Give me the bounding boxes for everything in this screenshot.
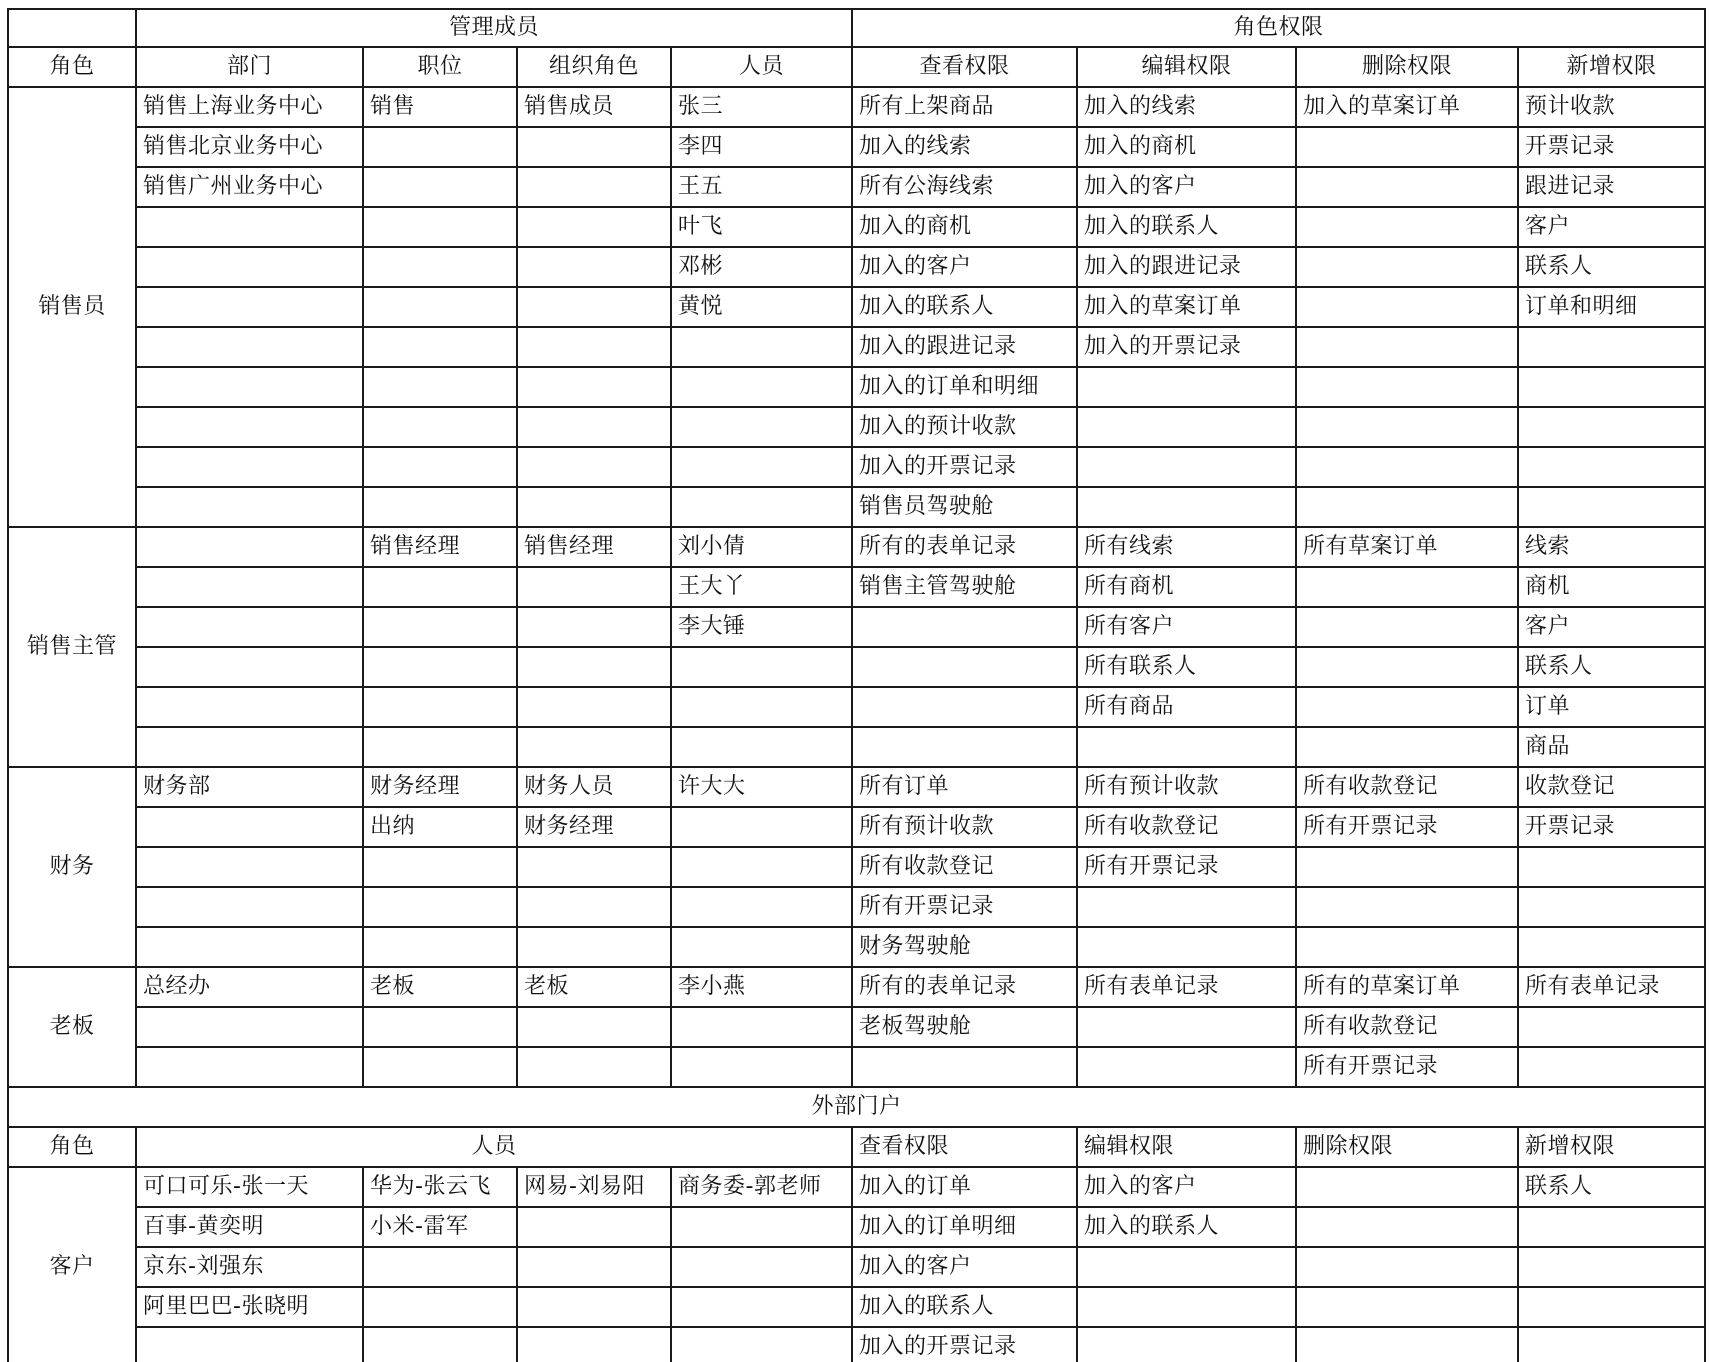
table-row: 所有收款登记所有开票记录: [8, 847, 1705, 887]
cell-personnel: [671, 807, 852, 847]
external-portal-header: 外部门户: [8, 1087, 1705, 1127]
cell-org-role: [517, 407, 671, 447]
cell-personnel: 李四: [671, 127, 852, 167]
role-name-cell: 老板: [8, 967, 136, 1087]
cell-personnel: [671, 647, 852, 687]
cell-department: [136, 567, 363, 607]
cell-view: 加入的商机: [852, 207, 1077, 247]
col-delete: 删除权限: [1296, 47, 1518, 87]
table-row: 邓彬加入的客户加入的跟进记录联系人: [8, 247, 1705, 287]
ext-col-add: 新增权限: [1518, 1127, 1705, 1167]
cell-edit: [1077, 367, 1296, 407]
cell-customer-2: 小米-雷军: [363, 1207, 517, 1247]
cell-org-role: [517, 327, 671, 367]
cell-org-role: 财务经理: [517, 807, 671, 847]
cell-add: 客户: [1518, 607, 1705, 647]
cell-org-role: [517, 567, 671, 607]
cell-add: [1518, 407, 1705, 447]
cell-edit: 加入的线索: [1077, 87, 1296, 127]
cell-customer-3: [517, 1287, 671, 1327]
cell-org-role: [517, 607, 671, 647]
cell-edit: 加入的商机: [1077, 127, 1296, 167]
cell-view: 所有预计收款: [852, 807, 1077, 847]
cell-delete: [1296, 1247, 1518, 1287]
cell-department: [136, 807, 363, 847]
cell-position: [363, 687, 517, 727]
cell-department: [136, 407, 363, 447]
cell-position: 销售经理: [363, 527, 517, 567]
cell-customer-4: 商务委-郭老师: [671, 1167, 852, 1207]
cell-customer-1: 阿里巴巴-张晓明: [136, 1287, 363, 1327]
cell-view: 所有上架商品: [852, 87, 1077, 127]
cell-edit: 所有表单记录: [1077, 967, 1296, 1007]
cell-edit: 所有线索: [1077, 527, 1296, 567]
cell-position: [363, 327, 517, 367]
cell-position: [363, 647, 517, 687]
cell-edit: [1077, 1287, 1296, 1327]
table-row: 所有开票记录: [8, 1047, 1705, 1087]
management-members-header: 管理成员: [136, 9, 852, 47]
cell-add: 所有表单记录: [1518, 967, 1705, 1007]
col-role: 角色: [8, 47, 136, 87]
col-position: 职位: [363, 47, 517, 87]
cell-position: [363, 927, 517, 967]
cell-view: 加入的客户: [852, 1247, 1077, 1287]
cell-edit: 所有客户: [1077, 607, 1296, 647]
table-row: 李大锤所有客户客户: [8, 607, 1705, 647]
cell-org-role: [517, 287, 671, 327]
cell-position: 销售: [363, 87, 517, 127]
cell-org-role: [517, 927, 671, 967]
cell-delete: 加入的草案订单: [1296, 87, 1518, 127]
cell-delete: [1296, 1167, 1518, 1207]
cell-view: [852, 607, 1077, 647]
cell-add: 联系人: [1518, 1167, 1705, 1207]
cell-department: [136, 1007, 363, 1047]
cell-view: 所有开票记录: [852, 887, 1077, 927]
cell-org-role: 财务人员: [517, 767, 671, 807]
cell-department: [136, 527, 363, 567]
cell-delete: [1296, 887, 1518, 927]
cell-edit: [1077, 447, 1296, 487]
cell-edit: [1077, 1247, 1296, 1287]
cell-personnel: [671, 487, 852, 527]
cell-department: [136, 247, 363, 287]
cell-delete: [1296, 127, 1518, 167]
cell-delete: 所有收款登记: [1296, 767, 1518, 807]
cell-add: 开票记录: [1518, 807, 1705, 847]
cell-customer-1: 百事-黄奕明: [136, 1207, 363, 1247]
cell-department: [136, 687, 363, 727]
cell-delete: [1296, 847, 1518, 887]
table-row: 加入的开票记录: [8, 447, 1705, 487]
cell-delete: [1296, 1287, 1518, 1327]
cell-view: 加入的开票记录: [852, 447, 1077, 487]
cell-personnel: [671, 847, 852, 887]
cell-personnel: [671, 367, 852, 407]
cell-edit: [1077, 927, 1296, 967]
cell-edit: 加入的联系人: [1077, 207, 1296, 247]
cell-department: 财务部: [136, 767, 363, 807]
role-name-cell: 客户: [8, 1167, 136, 1362]
cell-position: [363, 1007, 517, 1047]
cell-personnel: [671, 727, 852, 767]
table-row: 百事-黄奕明小米-雷军加入的订单明细加入的联系人: [8, 1207, 1705, 1247]
cell-add: 商机: [1518, 567, 1705, 607]
cell-department: 总经办: [136, 967, 363, 1007]
cell-edit: [1077, 1047, 1296, 1087]
cell-view: [852, 687, 1077, 727]
cell-edit: 所有联系人: [1077, 647, 1296, 687]
cell-view: 加入的线索: [852, 127, 1077, 167]
cell-org-role: [517, 887, 671, 927]
table-row: 客户可口可乐-张一天华为-张云飞网易-刘易阳商务委-郭老师加入的订单加入的客户联…: [8, 1167, 1705, 1207]
cell-delete: [1296, 407, 1518, 447]
cell-department: [136, 847, 363, 887]
col-department: 部门: [136, 47, 363, 87]
cell-position: [363, 847, 517, 887]
table-row: 销售主管销售经理销售经理刘小倩所有的表单记录所有线索所有草案订单线索: [8, 527, 1705, 567]
table-row: 所有联系人联系人: [8, 647, 1705, 687]
cell-position: [363, 487, 517, 527]
cell-delete: 所有开票记录: [1296, 1047, 1518, 1087]
cell-edit: 加入的跟进记录: [1077, 247, 1296, 287]
cell-personnel: 王五: [671, 167, 852, 207]
table-row: 叶飞加入的商机加入的联系人客户: [8, 207, 1705, 247]
cell-add: [1518, 1327, 1705, 1362]
cell-org-role: 销售成员: [517, 87, 671, 127]
cell-org-role: [517, 647, 671, 687]
cell-department: 销售北京业务中心: [136, 127, 363, 167]
cell-department: [136, 647, 363, 687]
cell-view: 加入的客户: [852, 247, 1077, 287]
cell-personnel: [671, 327, 852, 367]
ext-col-delete: 删除权限: [1296, 1127, 1518, 1167]
table-row: 商品: [8, 727, 1705, 767]
cell-view: [852, 727, 1077, 767]
cell-personnel: [671, 687, 852, 727]
cell-add: [1518, 927, 1705, 967]
cell-personnel: 邓彬: [671, 247, 852, 287]
cell-delete: [1296, 207, 1518, 247]
table-row: 所有商品订单: [8, 687, 1705, 727]
cell-position: [363, 447, 517, 487]
cell-position: [363, 567, 517, 607]
cell-add: [1518, 367, 1705, 407]
external-section-row: 外部门户: [8, 1087, 1705, 1127]
cell-personnel: [671, 1047, 852, 1087]
cell-department: [136, 327, 363, 367]
cell-org-role: [517, 367, 671, 407]
cell-add: [1518, 1047, 1705, 1087]
cell-personnel: [671, 887, 852, 927]
cell-delete: [1296, 1207, 1518, 1247]
cell-delete: 所有的草案订单: [1296, 967, 1518, 1007]
cell-add: 商品: [1518, 727, 1705, 767]
cell-add: 订单: [1518, 687, 1705, 727]
table-row: 阿里巴巴-张晓明加入的联系人: [8, 1287, 1705, 1327]
cell-personnel: 叶飞: [671, 207, 852, 247]
cell-department: [136, 1047, 363, 1087]
cell-personnel: [671, 447, 852, 487]
cell-position: [363, 367, 517, 407]
cell-personnel: 黄悦: [671, 287, 852, 327]
table-row: 销售员驾驶舱: [8, 487, 1705, 527]
table-row: 财务财务部财务经理财务人员许大大所有订单所有预计收款所有收款登记收款登记: [8, 767, 1705, 807]
cell-add: [1518, 447, 1705, 487]
cell-org-role: [517, 847, 671, 887]
cell-org-role: 销售经理: [517, 527, 671, 567]
cell-delete: 所有收款登记: [1296, 1007, 1518, 1047]
cell-view: 所有公海线索: [852, 167, 1077, 207]
cell-delete: [1296, 1327, 1518, 1362]
cell-edit: [1077, 727, 1296, 767]
cell-position: [363, 607, 517, 647]
cell-personnel: [671, 407, 852, 447]
cell-delete: [1296, 927, 1518, 967]
cell-org-role: [517, 1007, 671, 1047]
cell-add: [1518, 1287, 1705, 1327]
cell-delete: [1296, 367, 1518, 407]
cell-delete: [1296, 327, 1518, 367]
permissions-table: 管理成员 角色权限 角色 部门 职位 组织角色 人员 查看权限 编辑权限 删除权…: [7, 8, 1706, 1362]
cell-add: 预计收款: [1518, 87, 1705, 127]
cell-view: 加入的开票记录: [852, 1327, 1077, 1362]
cell-add: 线索: [1518, 527, 1705, 567]
cell-add: [1518, 1207, 1705, 1247]
table-row: 老板总经办老板老板李小燕所有的表单记录所有表单记录所有的草案订单所有表单记录: [8, 967, 1705, 1007]
cell-org-role: [517, 207, 671, 247]
cell-view: 所有的表单记录: [852, 967, 1077, 1007]
cell-customer-2: [363, 1287, 517, 1327]
cell-add: 跟进记录: [1518, 167, 1705, 207]
cell-edit: 加入的客户: [1077, 1167, 1296, 1207]
cell-personnel: 许大大: [671, 767, 852, 807]
cell-edit: 所有开票记录: [1077, 847, 1296, 887]
cell-view: [852, 1047, 1077, 1087]
table-row: 京东-刘强东加入的客户: [8, 1247, 1705, 1287]
cell-personnel: [671, 927, 852, 967]
cell-edit: [1077, 887, 1296, 927]
cell-org-role: [517, 1047, 671, 1087]
cell-edit: 加入的联系人: [1077, 1207, 1296, 1247]
cell-add: 收款登记: [1518, 767, 1705, 807]
cell-customer-4: [671, 1247, 852, 1287]
cell-department: [136, 887, 363, 927]
cell-delete: 所有开票记录: [1296, 807, 1518, 847]
cell-position: 老板: [363, 967, 517, 1007]
cell-view: 加入的预计收款: [852, 407, 1077, 447]
cell-customer-3: 网易-刘易阳: [517, 1167, 671, 1207]
cell-view: 加入的联系人: [852, 1287, 1077, 1327]
cell-customer-4: [671, 1327, 852, 1362]
cell-position: 出纳: [363, 807, 517, 847]
cell-view: 财务驾驶舱: [852, 927, 1077, 967]
cell-customer-2: [363, 1247, 517, 1287]
cell-customer-4: [671, 1207, 852, 1247]
section-header-row: 管理成员 角色权限: [8, 9, 1705, 47]
cell-customer-2: 华为-张云飞: [363, 1167, 517, 1207]
column-header-row: 角色 部门 职位 组织角色 人员 查看权限 编辑权限 删除权限 新增权限: [8, 47, 1705, 87]
cell-org-role: [517, 727, 671, 767]
cell-department: 销售广州业务中心: [136, 167, 363, 207]
cell-department: [136, 367, 363, 407]
cell-department: 销售上海业务中心: [136, 87, 363, 127]
cell-department: [136, 727, 363, 767]
cell-view: 加入的订单: [852, 1167, 1077, 1207]
cell-view: 加入的跟进记录: [852, 327, 1077, 367]
role-permissions-header: 角色权限: [852, 9, 1705, 47]
cell-org-role: [517, 247, 671, 287]
table-row: 加入的开票记录: [8, 1327, 1705, 1362]
cell-view: 所有的表单记录: [852, 527, 1077, 567]
cell-personnel: 李大锤: [671, 607, 852, 647]
cell-position: [363, 207, 517, 247]
cell-view: 销售员驾驶舱: [852, 487, 1077, 527]
table-row: 加入的预计收款: [8, 407, 1705, 447]
cell-add: [1518, 887, 1705, 927]
table-row: 财务驾驶舱: [8, 927, 1705, 967]
table-row: 销售广州业务中心王五所有公海线索加入的客户跟进记录: [8, 167, 1705, 207]
cell-department: [136, 607, 363, 647]
cell-delete: [1296, 167, 1518, 207]
cell-edit: [1077, 487, 1296, 527]
col-view: 查看权限: [852, 47, 1077, 87]
cell-personnel: 李小燕: [671, 967, 852, 1007]
table-row: 销售员销售上海业务中心销售销售成员张三所有上架商品加入的线索加入的草案订单预计收…: [8, 87, 1705, 127]
cell-department: [136, 447, 363, 487]
cell-view: 加入的订单和明细: [852, 367, 1077, 407]
cell-add: [1518, 327, 1705, 367]
cell-edit: 加入的客户: [1077, 167, 1296, 207]
cell-delete: [1296, 647, 1518, 687]
cell-view: 加入的订单明细: [852, 1207, 1077, 1247]
cell-org-role: [517, 487, 671, 527]
ext-col-edit: 编辑权限: [1077, 1127, 1296, 1167]
ext-col-view: 查看权限: [852, 1127, 1077, 1167]
cell-delete: [1296, 567, 1518, 607]
cell-add: [1518, 847, 1705, 887]
external-column-header-row: 角色人员查看权限编辑权限删除权限新增权限: [8, 1127, 1705, 1167]
cell-edit: [1077, 407, 1296, 447]
cell-position: [363, 887, 517, 927]
cell-personnel: [671, 1007, 852, 1047]
cell-delete: [1296, 607, 1518, 647]
cell-delete: [1296, 447, 1518, 487]
cell-delete: [1296, 247, 1518, 287]
cell-org-role: [517, 167, 671, 207]
cell-department: [136, 487, 363, 527]
cell-department: [136, 207, 363, 247]
cell-customer-3: [517, 1247, 671, 1287]
cell-delete: 所有草案订单: [1296, 527, 1518, 567]
cell-edit: 所有预计收款: [1077, 767, 1296, 807]
cell-view: 所有收款登记: [852, 847, 1077, 887]
cell-department: [136, 927, 363, 967]
cell-add: 订单和明细: [1518, 287, 1705, 327]
cell-personnel: 刘小倩: [671, 527, 852, 567]
cell-edit: 加入的草案订单: [1077, 287, 1296, 327]
cell-personnel: 张三: [671, 87, 852, 127]
cell-delete: [1296, 487, 1518, 527]
table-row: 黄悦加入的联系人加入的草案订单订单和明细: [8, 287, 1705, 327]
role-name-cell: 财务: [8, 767, 136, 967]
cell-edit: 加入的开票记录: [1077, 327, 1296, 367]
cell-edit: [1077, 1327, 1296, 1362]
cell-edit: 所有商品: [1077, 687, 1296, 727]
cell-add: 联系人: [1518, 247, 1705, 287]
cell-view: 加入的联系人: [852, 287, 1077, 327]
cell-org-role: [517, 687, 671, 727]
cell-customer-1: [136, 1327, 363, 1362]
cell-add: [1518, 487, 1705, 527]
cell-add: [1518, 1247, 1705, 1287]
ext-col-personnel: 人员: [136, 1127, 852, 1167]
cell-org-role: 老板: [517, 967, 671, 1007]
cell-edit: 所有收款登记: [1077, 807, 1296, 847]
table-row: 老板驾驶舱所有收款登记: [8, 1007, 1705, 1047]
cell-delete: [1296, 287, 1518, 327]
role-name-cell: 销售员: [8, 87, 136, 527]
cell-view: [852, 647, 1077, 687]
cell-department: [136, 287, 363, 327]
cell-position: [363, 727, 517, 767]
table-row: 销售北京业务中心李四加入的线索加入的商机开票记录: [8, 127, 1705, 167]
cell-add: 开票记录: [1518, 127, 1705, 167]
cell-add: 联系人: [1518, 647, 1705, 687]
cell-customer-3: [517, 1207, 671, 1247]
table-row: 加入的订单和明细: [8, 367, 1705, 407]
cell-org-role: [517, 447, 671, 487]
cell-delete: [1296, 687, 1518, 727]
cell-org-role: [517, 127, 671, 167]
cell-customer-2: [363, 1327, 517, 1362]
cell-add: 客户: [1518, 207, 1705, 247]
cell-position: 财务经理: [363, 767, 517, 807]
cell-edit: 所有商机: [1077, 567, 1296, 607]
cell-position: [363, 407, 517, 447]
blank-header-cell: [8, 9, 136, 47]
table-row: 出纳财务经理所有预计收款所有收款登记所有开票记录开票记录: [8, 807, 1705, 847]
cell-view: 老板驾驶舱: [852, 1007, 1077, 1047]
role-name-cell: 销售主管: [8, 527, 136, 767]
table-row: 王大丫销售主管驾驶舱所有商机商机: [8, 567, 1705, 607]
cell-personnel: 王大丫: [671, 567, 852, 607]
cell-position: [363, 1047, 517, 1087]
cell-position: [363, 247, 517, 287]
col-personnel: 人员: [671, 47, 852, 87]
cell-position: [363, 287, 517, 327]
cell-view: 销售主管驾驶舱: [852, 567, 1077, 607]
col-org-role: 组织角色: [517, 47, 671, 87]
cell-add: [1518, 1007, 1705, 1047]
table-row: 所有开票记录: [8, 887, 1705, 927]
col-add: 新增权限: [1518, 47, 1705, 87]
cell-customer-3: [517, 1327, 671, 1362]
cell-customer-1: 京东-刘强东: [136, 1247, 363, 1287]
cell-customer-1: 可口可乐-张一天: [136, 1167, 363, 1207]
table-row: 加入的跟进记录加入的开票记录: [8, 327, 1705, 367]
cell-position: [363, 167, 517, 207]
col-edit: 编辑权限: [1077, 47, 1296, 87]
cell-customer-4: [671, 1287, 852, 1327]
cell-delete: [1296, 727, 1518, 767]
ext-col-role: 角色: [8, 1127, 136, 1167]
cell-edit: [1077, 1007, 1296, 1047]
cell-view: 所有订单: [852, 767, 1077, 807]
cell-position: [363, 127, 517, 167]
